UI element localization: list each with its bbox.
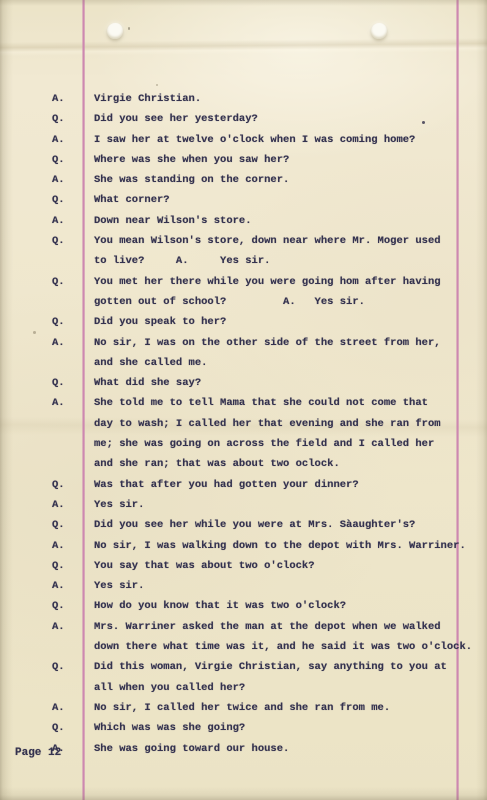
line-text: Yes sir.: [94, 580, 144, 592]
speaker-label: A.: [52, 211, 94, 231]
paper-crease: [0, 38, 487, 56]
transcript-line: A.No sir, I called her twice and she ran…: [0, 698, 487, 718]
speaker-label: A.: [52, 393, 94, 413]
transcript-line: A.Virgie Christian.: [0, 89, 487, 109]
transcript-line: A.Mrs. Warriner asked the man at the dep…: [0, 617, 487, 637]
line-text: What corner?: [94, 194, 170, 206]
speaker-label: A.: [52, 89, 94, 109]
transcript-line: A.She was standing on the corner.: [0, 170, 487, 190]
paper-edge-shadow-bottom: [0, 787, 487, 800]
speaker-label: Q.: [52, 272, 94, 292]
line-text: and she called me.: [94, 357, 207, 369]
transcript-line: A.No sir, I was walking down to the depo…: [0, 536, 487, 556]
speaker-label: A.: [52, 495, 94, 515]
transcript-line: A.Yes sir.: [0, 576, 487, 596]
transcript: A.Virgie Christian. Q.Did you see her ye…: [0, 89, 487, 759]
line-text: Did you see her yesterday?: [94, 113, 258, 125]
transcript-line: all when you called her?: [0, 678, 487, 698]
line-text: She was standing on the corner.: [94, 174, 289, 186]
transcript-line: Q.You met her there while you were going…: [0, 272, 487, 292]
line-text: Which was was she going?: [94, 722, 245, 734]
line-text: Where was she when you saw her?: [94, 154, 289, 166]
speaker-label: A.: [52, 698, 94, 718]
speaker-label: Q.: [52, 312, 94, 332]
line-text: What did she say?: [94, 377, 201, 389]
speaker-label: A.: [52, 130, 94, 150]
line-text: day to wash; I called her that evening a…: [94, 418, 441, 430]
line-text: Did you speak to her?: [94, 316, 226, 328]
line-text: She was going toward our house.: [94, 743, 289, 755]
punch-hole-right: [371, 23, 387, 39]
line-text: all when you called her?: [94, 682, 245, 694]
line-text: You say that was about two o'clock?: [94, 560, 315, 572]
transcript-line: Q.Did this woman, Virgie Christian, say …: [0, 657, 487, 677]
scanned-transcript-page: A.Virgie Christian. Q.Did you see her ye…: [0, 0, 487, 800]
transcript-line: and she called me.: [0, 353, 487, 373]
line-text: and she ran; that was about two oclock.: [94, 458, 340, 470]
transcript-line: A.No sir, I was on the other side of the…: [0, 333, 487, 353]
transcript-line: Q.What corner?: [0, 190, 487, 210]
ink-speck: [156, 84, 158, 86]
transcript-line: day to wash; I called her that evening a…: [0, 414, 487, 434]
line-text: Did you see her while you were at Mrs. S…: [94, 519, 415, 531]
line-text: gotten out of school? A. Yes sir.: [94, 296, 365, 308]
line-text: Mrs. Warriner asked the man at the depot…: [94, 621, 441, 633]
line-text: me; she was going on across the field an…: [94, 438, 434, 450]
speaker-label: A.: [52, 170, 94, 190]
speaker-label: Q.: [52, 475, 94, 495]
line-text: Yes sir.: [94, 499, 144, 511]
speaker-label: Q.: [52, 231, 94, 251]
speaker-label: A.: [52, 576, 94, 596]
line-text: Down near Wilson's store.: [94, 215, 252, 227]
speaker-label: Q.: [52, 515, 94, 535]
speaker-label: Q.: [52, 150, 94, 170]
speaker-label: Q.: [52, 190, 94, 210]
transcript-line: Q.Did you see her while you were at Mrs.…: [0, 515, 487, 535]
line-text: You mean Wilson's store, down near where…: [94, 235, 441, 247]
transcript-line: A.Down near Wilson's store.: [0, 211, 487, 231]
line-text: No sir, I was walking down to the depot …: [94, 540, 466, 552]
transcript-line: A.She was going toward our house.: [0, 739, 487, 759]
speaker-label: A.: [52, 617, 94, 637]
punch-hole-left: [107, 23, 123, 39]
line-text: How do you know that it was two o'clock?: [94, 600, 346, 612]
speaker-label: A.: [52, 536, 94, 556]
line-text: No sir, I was on the other side of the s…: [94, 337, 441, 349]
speaker-label: Q.: [52, 109, 94, 129]
transcript-line: me; she was going on across the field an…: [0, 434, 487, 454]
transcript-line: A.Yes sir.: [0, 495, 487, 515]
page-number: Page 12: [15, 747, 61, 759]
line-text: No sir, I called her twice and she ran f…: [94, 702, 390, 714]
line-text: She told me to tell Mama that she could …: [94, 397, 428, 409]
transcript-line: Q.Did you see her yesterday?: [0, 109, 487, 129]
ink-speck: [128, 27, 130, 30]
speaker-label: Q.: [52, 657, 94, 677]
transcript-line: A.She told me to tell Mama that she coul…: [0, 393, 487, 413]
transcript-line: and she ran; that was about two oclock.: [0, 454, 487, 474]
transcript-line: Q.Where was she when you saw her?: [0, 150, 487, 170]
transcript-line: gotten out of school? A. Yes sir.: [0, 292, 487, 312]
transcript-line: A.I saw her at twelve o'clock when I was…: [0, 130, 487, 150]
line-text: down there what time was it, and he said…: [94, 641, 472, 653]
speaker-label: Q.: [52, 596, 94, 616]
line-text: Did this woman, Virgie Christian, say an…: [94, 661, 447, 673]
speaker-label: Q.: [52, 373, 94, 393]
transcript-line: Q.You say that was about two o'clock?: [0, 556, 487, 576]
transcript-line: Q.Did you speak to her?: [0, 312, 487, 332]
transcript-line: Q.How do you know that it was two o'cloc…: [0, 596, 487, 616]
line-text: I saw her at twelve o'clock when I was c…: [94, 134, 415, 146]
transcript-line: Q.You mean Wilson's store, down near whe…: [0, 231, 487, 251]
speaker-label: A.: [52, 333, 94, 353]
speaker-label: Q.: [52, 556, 94, 576]
speaker-label: Q.: [52, 718, 94, 738]
transcript-line: Q.Which was was she going?: [0, 718, 487, 738]
transcript-line: to live? A. Yes sir.: [0, 251, 487, 271]
transcript-line: Q.Was that after you had gotten your din…: [0, 475, 487, 495]
line-text: You met her there while you were going h…: [94, 276, 441, 288]
line-text: Was that after you had gotten your dinne…: [94, 479, 359, 491]
line-text: Virgie Christian.: [94, 93, 201, 105]
line-text: to live? A. Yes sir.: [94, 255, 270, 267]
transcript-line: down there what time was it, and he said…: [0, 637, 487, 657]
paper-edge-shadow-top: [0, 0, 487, 6]
transcript-line: Q.What did she say?: [0, 373, 487, 393]
